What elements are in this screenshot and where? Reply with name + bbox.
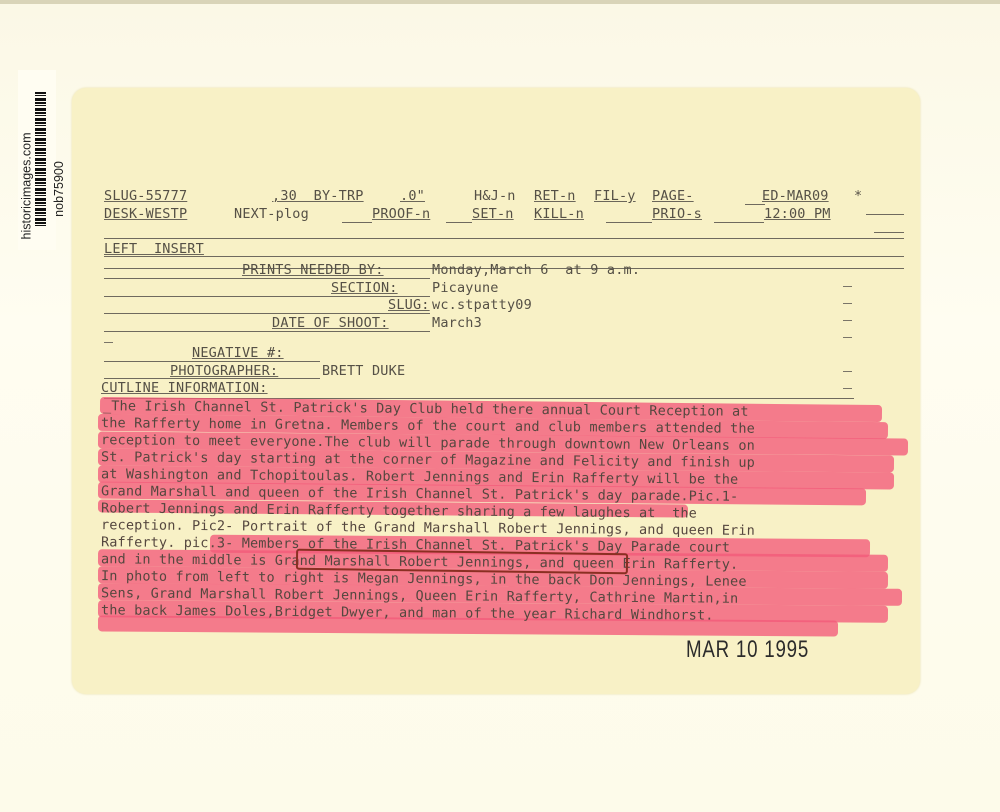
next-field: NEXT-plog [234, 206, 309, 222]
date-of-shoot-value: March3 [432, 315, 482, 331]
divider-line [104, 238, 904, 239]
field-rule [104, 361, 320, 362]
photographer-label: PHOTOGRAPHER: [170, 363, 278, 379]
dash-mark [104, 342, 113, 343]
fil-flag: FIL-y [594, 188, 636, 204]
depth-code: .0" [400, 188, 425, 204]
byline-code: ,30 BY-TRP [272, 188, 364, 204]
slug-label: SLUG: [388, 297, 430, 313]
rule [714, 222, 764, 223]
star-mark: * [854, 188, 862, 204]
rule [874, 232, 904, 233]
dash-mark [843, 303, 852, 304]
watermark-item-id: nob75900 [52, 134, 66, 244]
section-label: SECTION: [331, 280, 398, 296]
slug-value: wc.stpatty09 [432, 297, 532, 313]
date-of-shoot-label: DATE OF SHOOT: [272, 315, 389, 331]
hj-flag: H&J-n [474, 188, 516, 204]
prints-needed-value: Monday,March 6 at 9 a.m. [432, 262, 640, 278]
cutline-label: CUTLINE INFORMATION: [101, 380, 268, 396]
edition-field: ED-MAR09 [762, 188, 829, 204]
dash-mark [843, 286, 852, 287]
left-insert-label: LEFT INSERT [104, 241, 204, 257]
rule [606, 222, 652, 223]
field-rule [104, 278, 430, 279]
scan-edge [0, 0, 1000, 4]
prio-flag: PRIO-s [652, 206, 702, 222]
set-flag: SET-n [472, 206, 514, 222]
proof-flag: PROOF-n [372, 206, 430, 222]
ret-flag: RET-n [534, 188, 576, 204]
photographer-value: BRETT DUKE [322, 363, 405, 379]
barcode-icon [35, 92, 46, 227]
rule [446, 222, 472, 223]
kill-flag: KILL-n [534, 206, 584, 222]
dash-mark [843, 388, 852, 389]
dash-mark [843, 320, 852, 321]
slug-number: SLUG-55777 [104, 188, 187, 204]
date-stamp: MAR 10 1995 [686, 636, 809, 664]
watermark-label: historicimages.com nob75900 [18, 70, 56, 250]
section-value: Picayune [432, 280, 499, 296]
field-rule [104, 313, 430, 314]
watermark-site: historicimages.com [20, 75, 34, 240]
page-field: PAGE- [652, 188, 694, 204]
negative-label: NEGATIVE #: [192, 345, 284, 361]
dash-mark [843, 337, 852, 338]
prints-needed-label: PRINTS NEEDED BY: [242, 262, 384, 278]
dash-mark [843, 371, 852, 372]
divider-line [104, 256, 904, 257]
time-field: 12:00 PM [764, 206, 831, 222]
rule [866, 214, 904, 215]
field-rule [104, 296, 430, 297]
rule [745, 204, 765, 205]
field-rule [104, 331, 430, 332]
desk-field: DESK-WESTP [104, 206, 187, 222]
rule [342, 222, 372, 223]
